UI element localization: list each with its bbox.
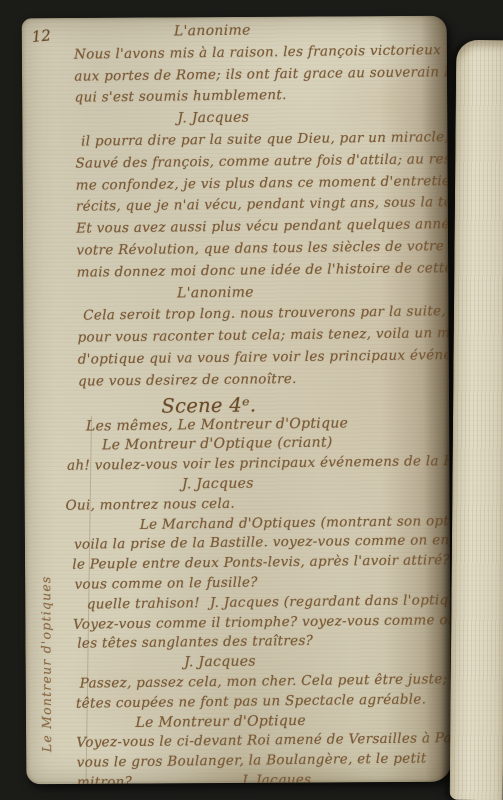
text-line: Le Marchand d'Optiques (montrant son opt… — [140, 512, 452, 532]
text-line: J. Jacques — [177, 110, 249, 127]
text-line: J. Jacques — [184, 654, 256, 671]
text-line: Scene 4ᵉ. — [161, 393, 256, 417]
text-line: J. Jacques — [182, 475, 254, 492]
text-line: mitron? — [77, 774, 132, 784]
gutter-shadow — [421, 16, 452, 782]
manuscript-page: 12 L'anonimeNous l'avons mis à la raison… — [22, 16, 452, 785]
text-line: il pourra dire par la suite que Dieu, pa… — [81, 129, 451, 150]
text-line: Le Montreur d'Optique — [135, 712, 306, 730]
text-line: quelle trahison! — [87, 595, 200, 612]
text-line: que vous desirez de connoître. — [78, 371, 297, 390]
margin-note-label: Le Montreur d'optiques — [38, 575, 54, 752]
text-line: vous le gros Boulanger, la Boulangère, e… — [77, 751, 427, 771]
photo-background: 12 L'anonimeNous l'avons mis à la raison… — [0, 0, 503, 800]
text-line: J. Jacques — [242, 772, 311, 785]
text-line: L'anonime — [177, 284, 254, 301]
text-line: Oui, montrez nous cela. — [65, 495, 235, 513]
text-line: récits, que je n'ai vécu, pendant vingt … — [76, 194, 452, 215]
text-line: Les mêmes, Le Montreur d'Optique — [86, 415, 348, 434]
manuscript-text: L'anonimeNous l'avons mis à la raison. l… — [22, 20, 452, 784]
margin-note: Le Montreur d'optiques — [38, 575, 54, 752]
text-line: Le Montreur d'Optique (criant) — [102, 435, 333, 454]
text-line: vous comme on le fusille? — [74, 574, 257, 592]
text-line: têtes coupées ne font pas un Spectacle a… — [76, 691, 426, 711]
text-line: les têtes sanglantes des traîtres? — [77, 633, 313, 652]
next-page-edge — [450, 40, 503, 800]
text-line: L'anonime — [174, 23, 251, 40]
text-line: qui s'est soumis humblement. — [75, 87, 287, 106]
text-line: J. Jacques (regardant dans l'optique) — [210, 592, 452, 611]
